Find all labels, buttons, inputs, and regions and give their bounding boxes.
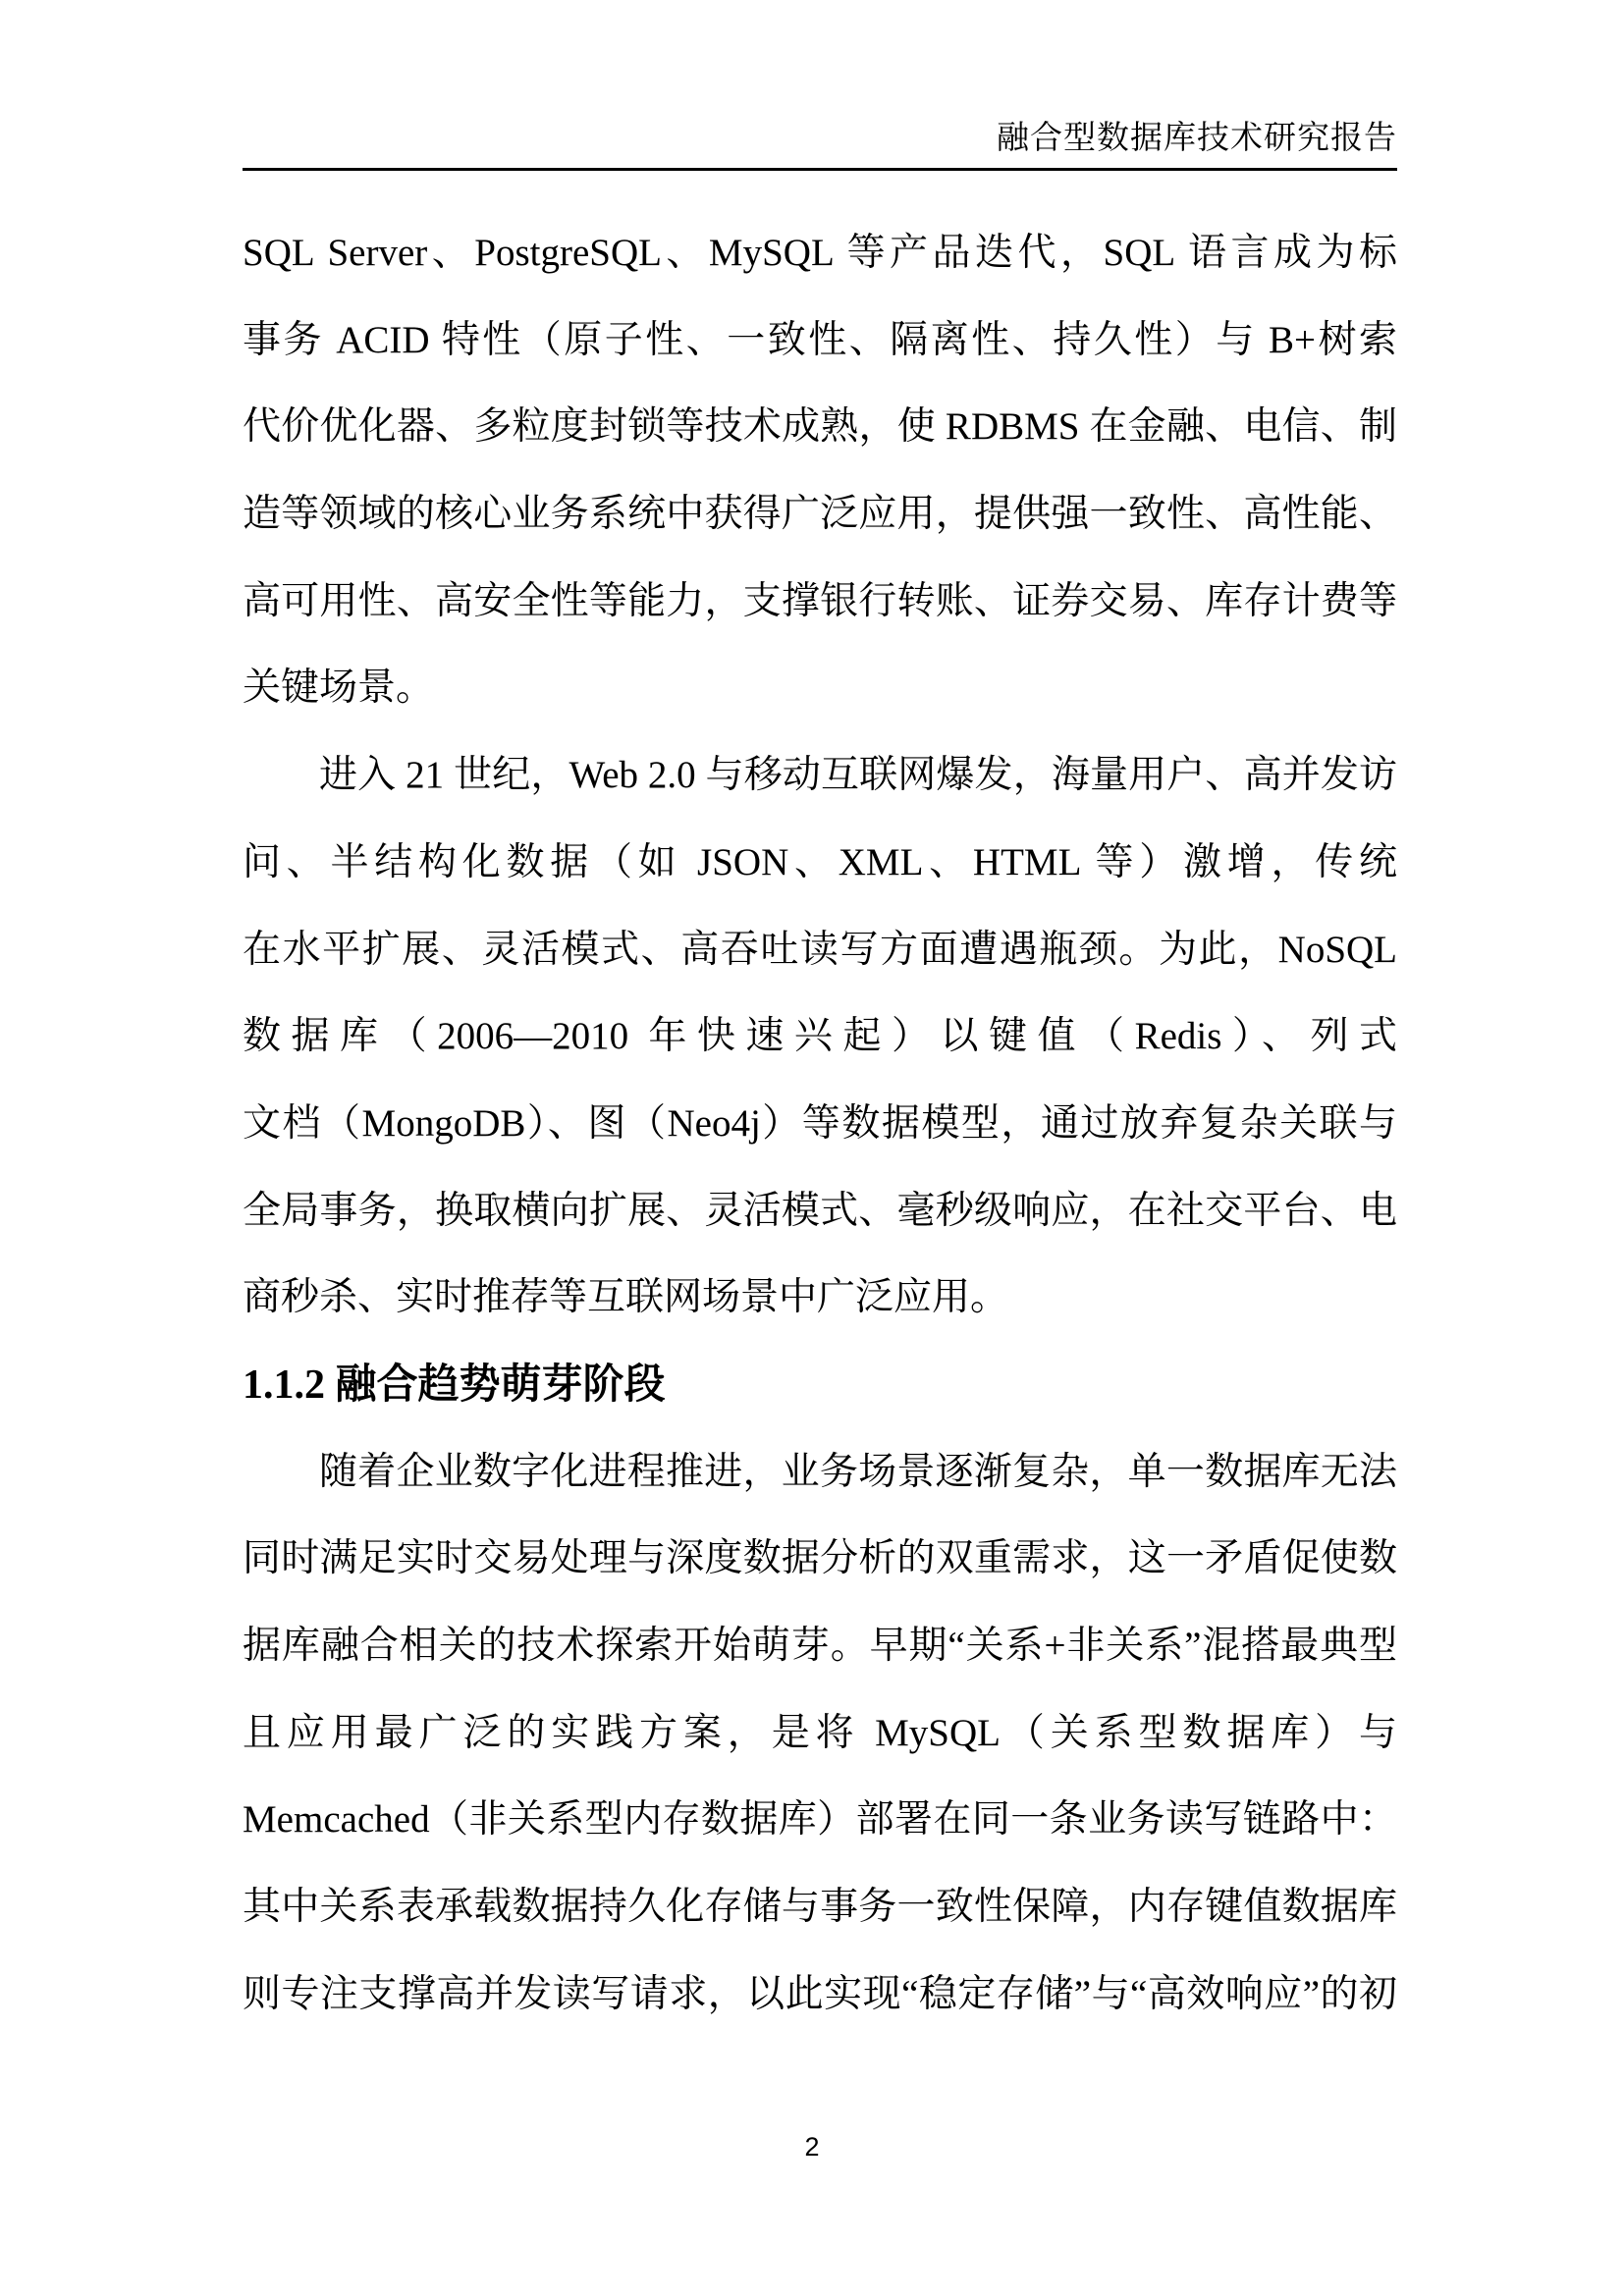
document-body: SQL Server、PostgreSQL、MySQL 等产品迭代，SQL 语言… [243,210,1397,2038]
header-rule [243,168,1397,171]
text-line: 全局事务，换取横向扩展、灵活模式、毫秒级响应，在社交平台、电 [243,1168,1397,1255]
text-line: 事务 ACID 特性（原子性、一致性、隔离性、持久性）与 B+树索引、 [243,297,1397,385]
text-line: 进入 21 世纪，Web 2.0 与移动互联网爆发，海量用户、高并发访 [243,732,1397,820]
page-number: 2 [804,2132,819,2162]
text-line: 且应用最广泛的实践方案，是将 MySQL（关系型数据库）与 [243,1690,1397,1778]
document-page: 融合型数据库技术研究报告 SQL Server、PostgreSQL、MySQL… [0,0,1624,2296]
text-line: 据库融合相关的技术探索开始萌芽。早期“关系+非关系”混搭最典型 [243,1603,1397,1690]
text-line: 文档（MongoDB）、图（Neo4j）等数据模型，通过放弃复杂关联与 [243,1081,1397,1168]
text-line: 在水平扩展、灵活模式、高吞吐读写方面遭遇瓶颈。为此，NoSQL [243,907,1397,994]
text-line: 则专注支撑高并发读写请求，以此实现“稳定存储”与“高效响应”的初 [243,1951,1397,2039]
text-line: Memcached（非关系型内存数据库）部署在同一条业务读写链路中： [243,1777,1397,1864]
text-line: SQL Server、PostgreSQL、MySQL 等产品迭代，SQL 语言… [243,210,1397,297]
text-line: 关键场景。 [243,645,1397,732]
text-line: 造等领域的核心业务系统中获得广泛应用，提供强一致性、高性能、 [243,471,1397,559]
text-line: 数据库（2006—2010 年快速兴起）以键值（Redis）、列式（HBase）… [243,993,1397,1081]
page-header: 融合型数据库技术研究报告 [243,0,1397,171]
text-line: 商秒杀、实时推荐等互联网场景中广泛应用。 [243,1255,1397,1342]
text-line: 高可用性、高安全性等能力，支撑银行转账、证券交易、库存计费等 [243,559,1397,646]
text-line: 代价优化器、多粒度封锁等技术成熟，使 RDBMS 在金融、电信、制 [243,384,1397,471]
text-line: 其中关系表承载数据持久化存储与事务一致性保障，内存键值数据库 [243,1864,1397,1951]
text-line: 同时满足实时交易处理与深度数据分析的双重需求，这一矛盾促使数 [243,1516,1397,1603]
text-line: 问、半结构化数据（如 JSON、XML、HTML 等）激增，传统 RDBMS [243,820,1397,907]
text-line: 随着企业数字化进程推进，业务场景逐渐复杂，单一数据库无法 [243,1429,1397,1517]
header-title: 融合型数据库技术研究报告 [243,119,1397,158]
section-heading: 1.1.2 融合趋势萌芽阶段 [243,1342,1397,1429]
page-footer: 2 [0,2132,1624,2162]
